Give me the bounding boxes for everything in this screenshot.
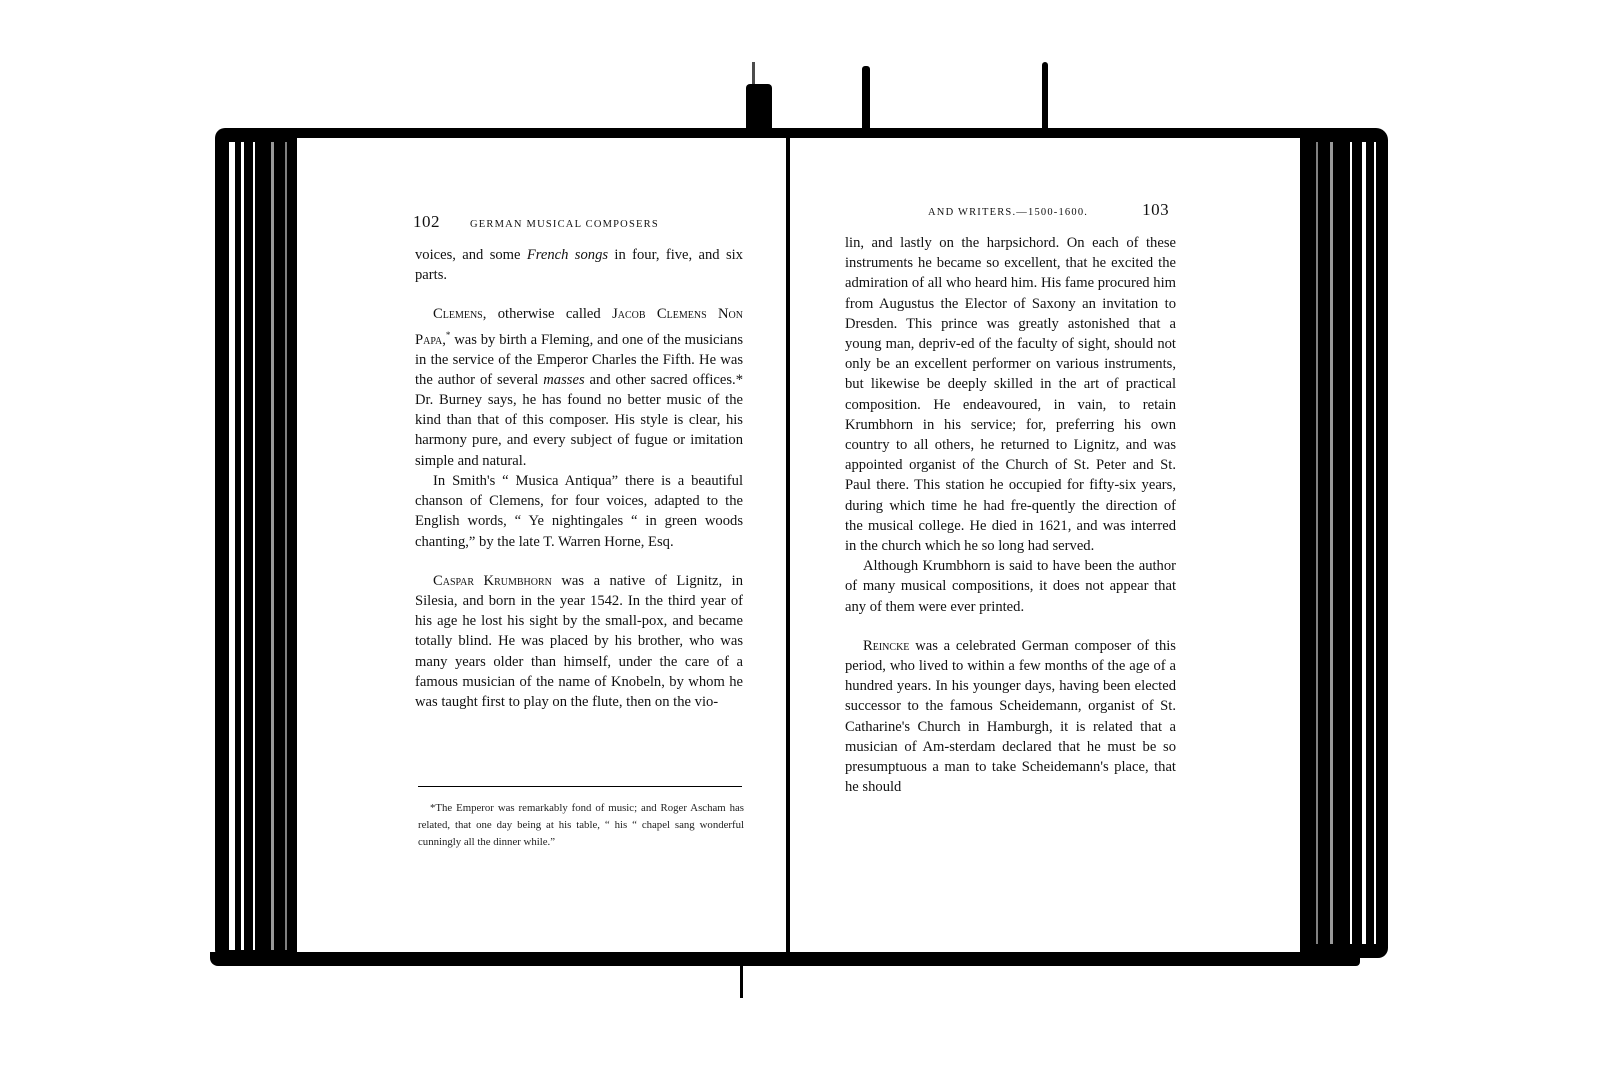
- bookmark-ribbon-tip: [752, 62, 755, 84]
- paragraph: voices, and some French songs in four, f…: [415, 245, 743, 285]
- italic-text: masses: [543, 372, 584, 388]
- page-number: 103: [1142, 200, 1169, 220]
- page-edge-stripe: [271, 142, 274, 950]
- running-head: GERMAN MUSICAL COMPOSERS: [470, 219, 659, 230]
- footnote: *The Emperor was remarkably fond of musi…: [418, 800, 744, 851]
- cover-top-edge: [222, 128, 1372, 138]
- paragraph-clemens: Clemens, otherwise called Jacob Clemens …: [415, 304, 743, 470]
- page-edge-stripe: [1374, 142, 1376, 944]
- footnote-rule: [418, 786, 742, 787]
- left-page-body: voices, and some French songs in four, f…: [415, 245, 743, 712]
- page-edge-stripe: [1362, 142, 1366, 944]
- bookmark-tab: [1042, 62, 1048, 136]
- page-edge-stripe: [1330, 142, 1333, 944]
- paragraph-musica-antiqua: In Smith's “ Musica Antiqua” there is a …: [415, 471, 743, 552]
- paragraph-krumbhorn: Caspar Krumbhorn was a native of Lignitz…: [415, 571, 743, 712]
- running-head: AND WRITERS.—1500-1600.: [928, 207, 1088, 218]
- book-gutter: [786, 138, 790, 952]
- left-page-header: 102 GERMAN MUSICAL COMPOSERS: [413, 212, 659, 232]
- composer-name: Caspar Krumbhorn: [433, 573, 552, 589]
- paragraph-reincke: Reincke was a celebrated German composer…: [845, 636, 1176, 798]
- paragraph-compositions: Although Krumbhorn is said to have been …: [845, 556, 1176, 617]
- right-page-body: lin, and lastly on the harpsichord. On e…: [845, 233, 1176, 797]
- bookmark-tab: [862, 66, 870, 136]
- page-edge-stripe: [285, 142, 287, 950]
- open-book-scan: 102 GERMAN MUSICAL COMPOSERS voices, and…: [0, 0, 1600, 1078]
- page-number: 102: [413, 212, 440, 232]
- gutter-tail: [740, 960, 743, 998]
- left-page-block-edge: [215, 128, 297, 964]
- bookmark-ribbon: [746, 84, 772, 136]
- right-page-block-edge: [1300, 128, 1388, 958]
- cover-bottom-edge: [210, 952, 1360, 966]
- paragraph-krumbhorn-cont: lin, and lastly on the harpsichord. On e…: [845, 233, 1176, 556]
- page-edge-stripe: [1316, 142, 1318, 944]
- page-edge-stripe: [253, 142, 255, 950]
- right-page-header: AND WRITERS.—1500-1600. 103: [928, 200, 1169, 220]
- italic-text: French songs: [527, 247, 608, 263]
- page-edge-stripe: [241, 142, 244, 950]
- page-edge-stripe: [1350, 142, 1352, 944]
- composer-name: Reincke: [863, 638, 909, 654]
- page-edge-stripe: [229, 142, 235, 950]
- composer-name: Clemens,: [433, 306, 486, 322]
